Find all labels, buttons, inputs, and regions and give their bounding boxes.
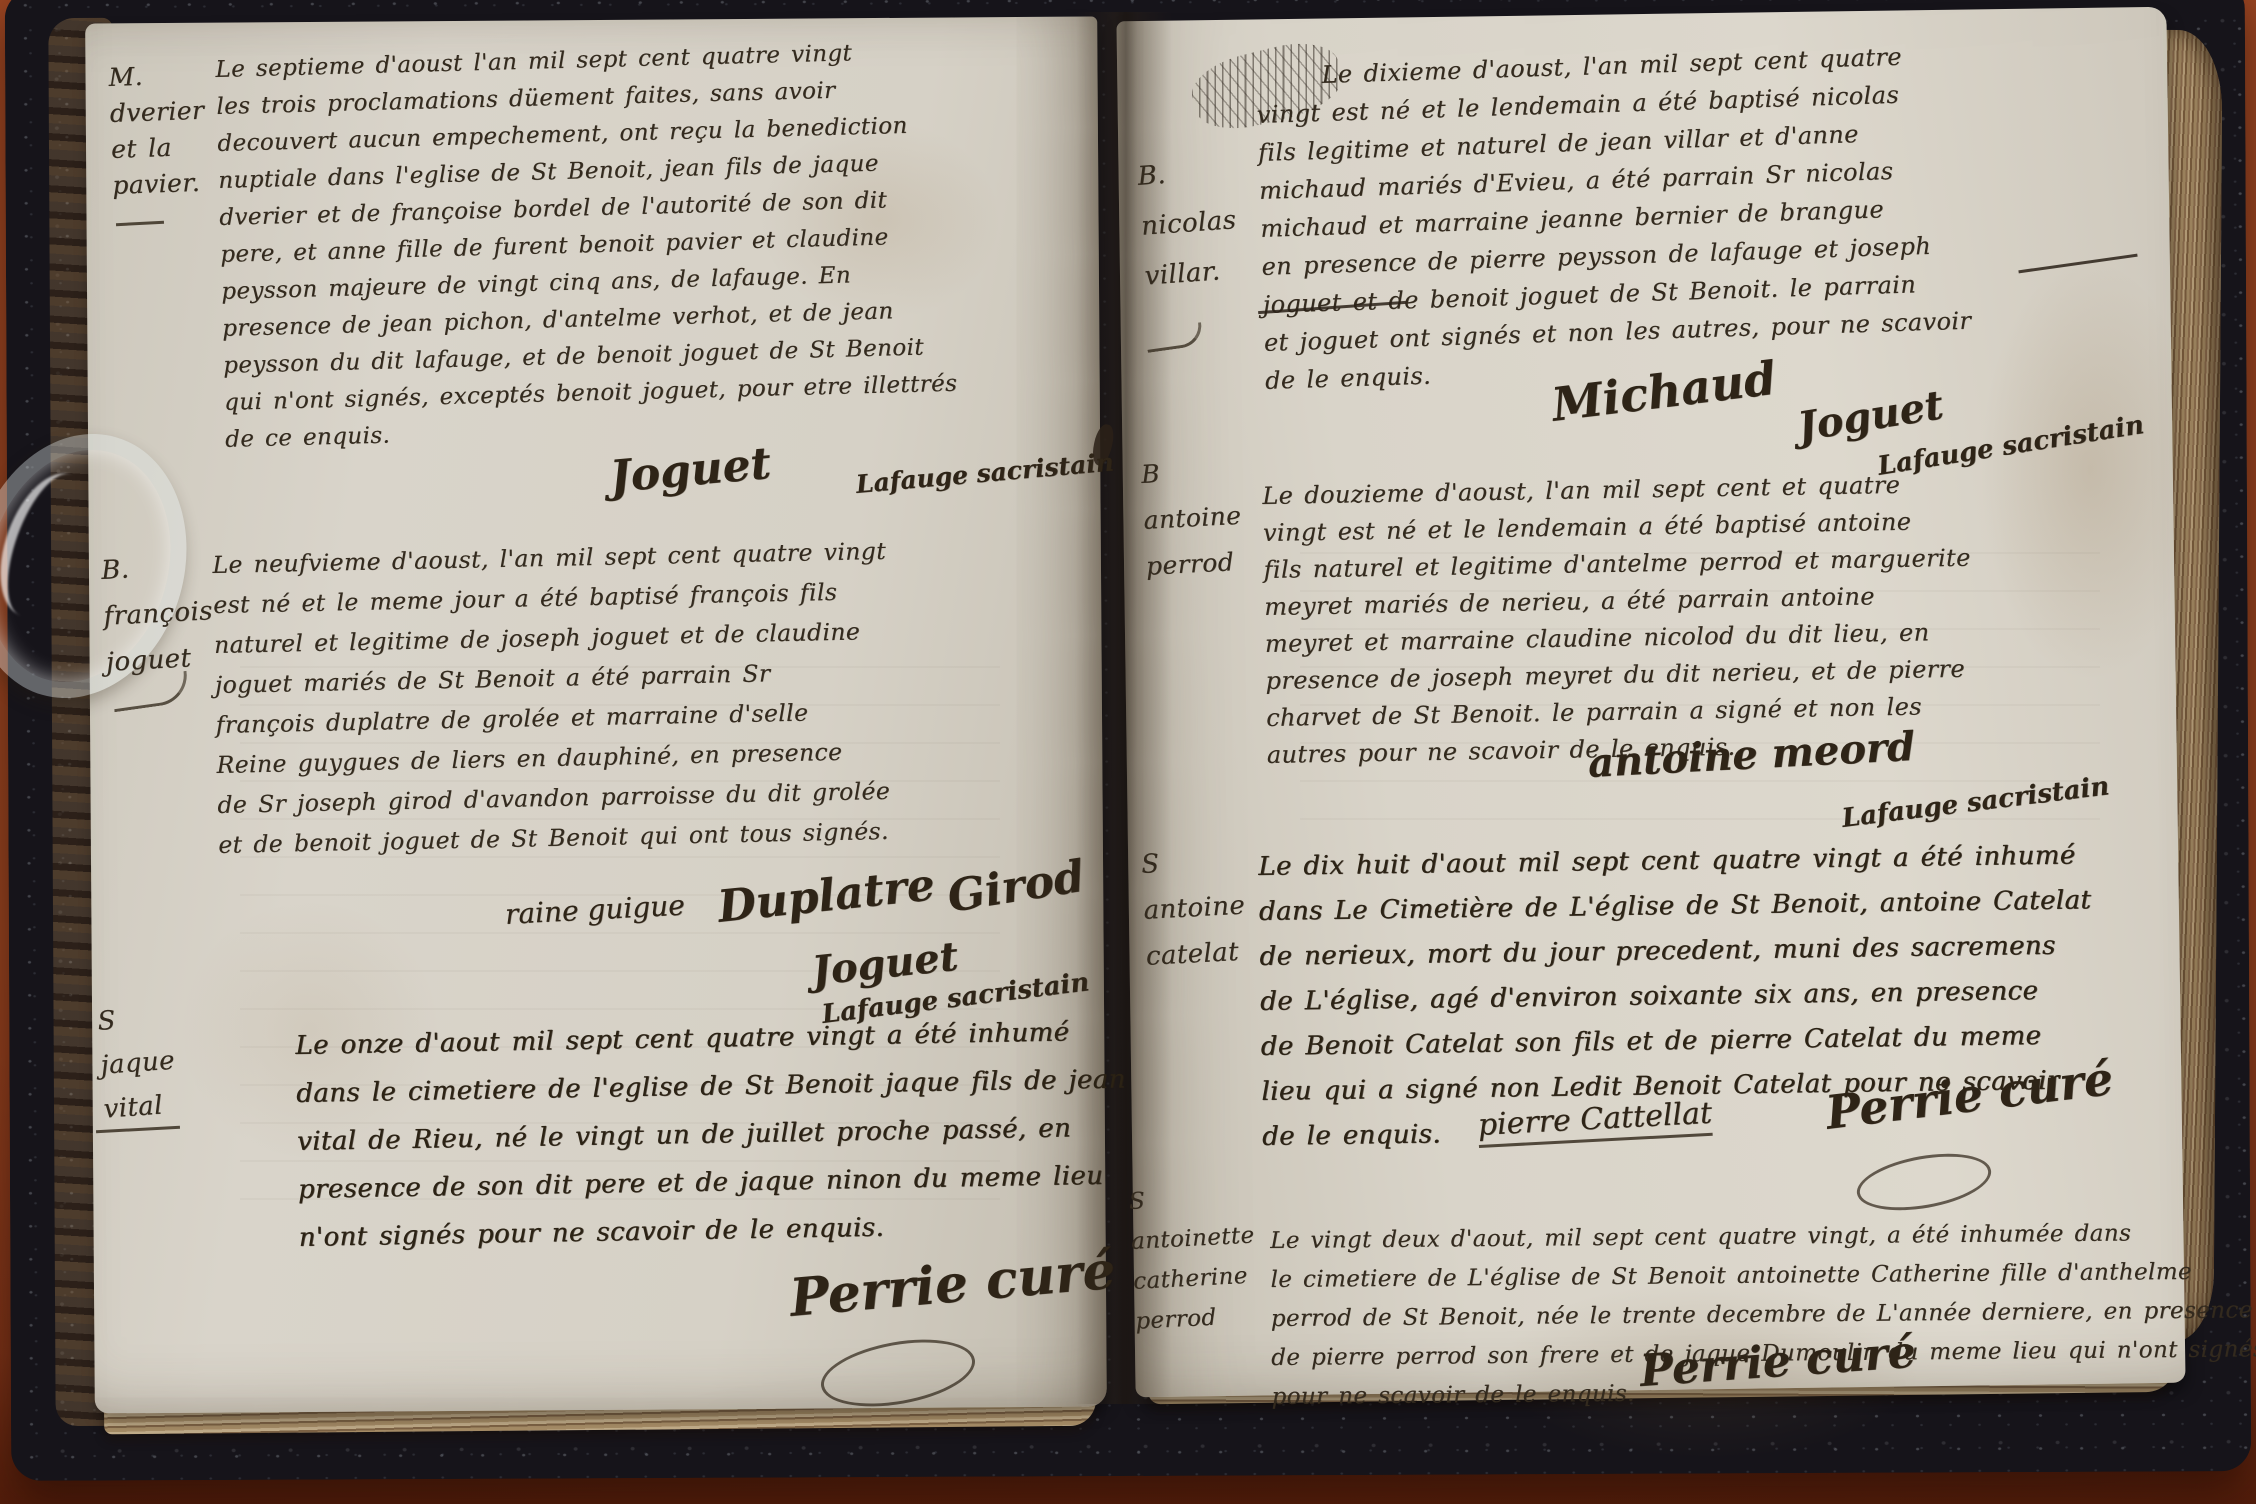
handwritten-line: et la — [111, 129, 207, 168]
handwritten-line: pavier. — [112, 165, 208, 204]
handwritten-line: S — [1128, 1176, 1253, 1222]
handwritten-line: antoine — [1142, 493, 1242, 544]
margin-note-burial-catelat: Santoinecatelat — [1140, 837, 1249, 980]
photograph-stage: M.dverieret lapavier. Le septieme d'aous… — [0, 0, 2256, 1504]
handwritten-line: M. — [108, 57, 204, 96]
handwritten-line: vital — [102, 1083, 179, 1132]
margin-note-baptism-perrod: Bantoineperrod — [1140, 447, 1245, 590]
baptism-entry-text: Le neufvieme d'aoust, l'an mil sept cent… — [212, 531, 892, 865]
handwritten-line: S — [1140, 837, 1244, 888]
margin-note-burial-antoinette-perrod: Santoinettecatherineperrod — [1128, 1176, 1260, 1342]
handwritten-line: antoine — [1142, 883, 1246, 934]
handwritten-line: S — [96, 995, 173, 1044]
handwritten-line: perrod — [1134, 1295, 1259, 1341]
margin-note-baptism-villar: B.nicolasvillar. — [1136, 145, 1241, 301]
margin-note-baptism-joguet: B.françoisjoguet — [100, 542, 216, 686]
handwritten-line: B. — [1136, 145, 1235, 202]
handwritten-line: B — [1140, 447, 1240, 498]
margin-note-burial-vital: Sjaquevital — [96, 995, 179, 1132]
handwritten-line: B. — [100, 542, 212, 594]
handwritten-line: catherine — [1132, 1255, 1257, 1301]
handwritten-line: françois — [102, 588, 214, 640]
handwritten-line: dverier — [109, 93, 205, 132]
baptism-entry-text: Le dixieme d'aoust, l'an mil sept cent q… — [1255, 36, 1973, 400]
handwritten-line: jaque — [99, 1039, 176, 1088]
marriage-entry-text: Le septieme d'aoust l'an mil sept cent q… — [215, 33, 959, 459]
handwritten-line: catelat — [1145, 929, 1249, 980]
handwritten-line: villar. — [1143, 245, 1242, 302]
handwritten-line: nicolas — [1139, 195, 1238, 252]
burial-entry-text: Le onze d'aout mil sept cent quatre ving… — [295, 1008, 1129, 1262]
handwritten-line: antoinette — [1130, 1215, 1255, 1261]
margin-note-marriage-dverier-pavier: M.dverieret lapavier. — [108, 57, 207, 204]
handwritten-line: perrod — [1145, 539, 1245, 590]
